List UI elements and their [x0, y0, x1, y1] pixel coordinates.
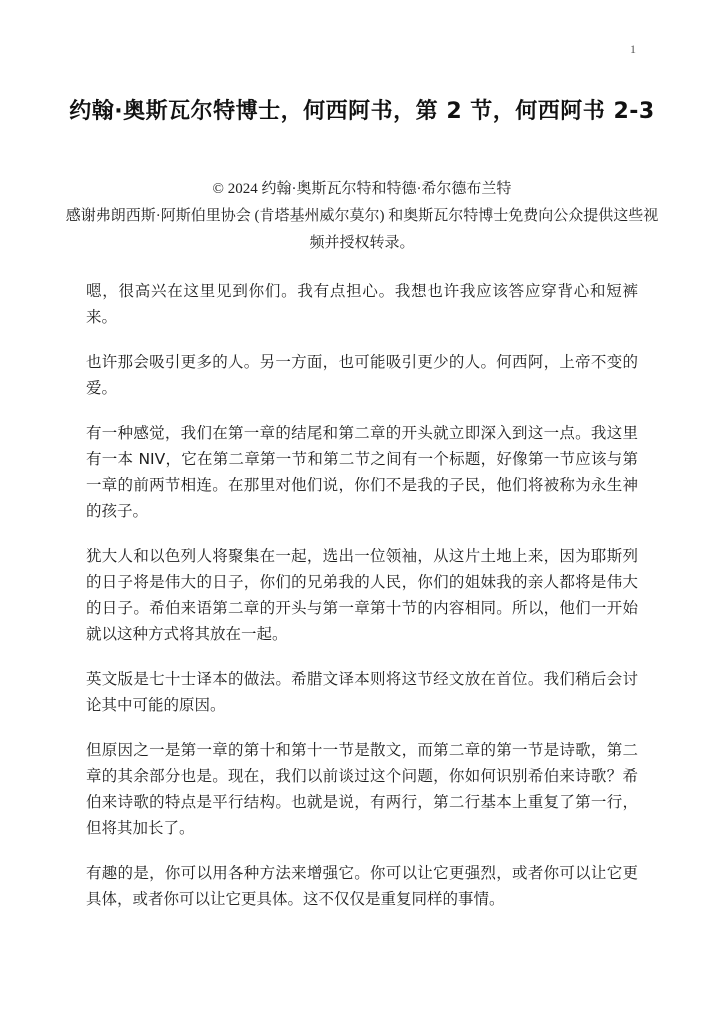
paragraph: 犹大人和以色列人将聚集在一起，选出一位领袖，从这片土地上来，因为耶斯列的日子将是… — [86, 543, 638, 647]
paragraph: 嗯，很高兴在这里见到你们。我有点担心。我想也许我应该答应穿背心和短裤来。 — [86, 278, 638, 330]
paragraph: 有趣的是，你可以用各种方法来增强它。你可以让它更强烈，或者你可以让它更具体，或者… — [86, 860, 638, 912]
document-title: 约翰·奥斯瓦尔特博士，何西阿书，第 2 节，何西阿书 2-3 — [60, 92, 664, 132]
document-meta: © 2024 约翰·奥斯瓦尔特和特德·希尔德布兰特 感谢弗朗西斯·阿斯伯里协会 … — [60, 176, 664, 257]
page-number: 1 — [630, 42, 636, 57]
paragraph: 但原因之一是第一章的第十和第十一节是散文，而第二章的第一节是诗歌，第二章的其余部… — [86, 737, 638, 841]
copyright-line: © 2024 约翰·奥斯瓦尔特和特德·希尔德布兰特 — [60, 176, 664, 203]
acknowledgement-line: 感谢弗朗西斯·阿斯伯里协会 (肯塔基州威尔莫尔) 和奥斯瓦尔特博士免费向公众提供… — [60, 203, 664, 257]
paragraph: 有一种感觉，我们在第一章的结尾和第二章的开头就立即深入到这一点。我这里有一本 N… — [86, 420, 638, 524]
paragraph: 英文版是七十士译本的做法。希腊文译本则将这节经文放在首位。我们稍后会讨论其中可能… — [86, 666, 638, 718]
paragraph: 也许那会吸引更多的人。另一方面，也可能吸引更少的人。何西阿，上帝不变的爱。 — [86, 349, 638, 401]
document-body: 嗯，很高兴在这里见到你们。我有点担心。我想也许我应该答应穿背心和短裤来。 也许那… — [86, 278, 638, 931]
